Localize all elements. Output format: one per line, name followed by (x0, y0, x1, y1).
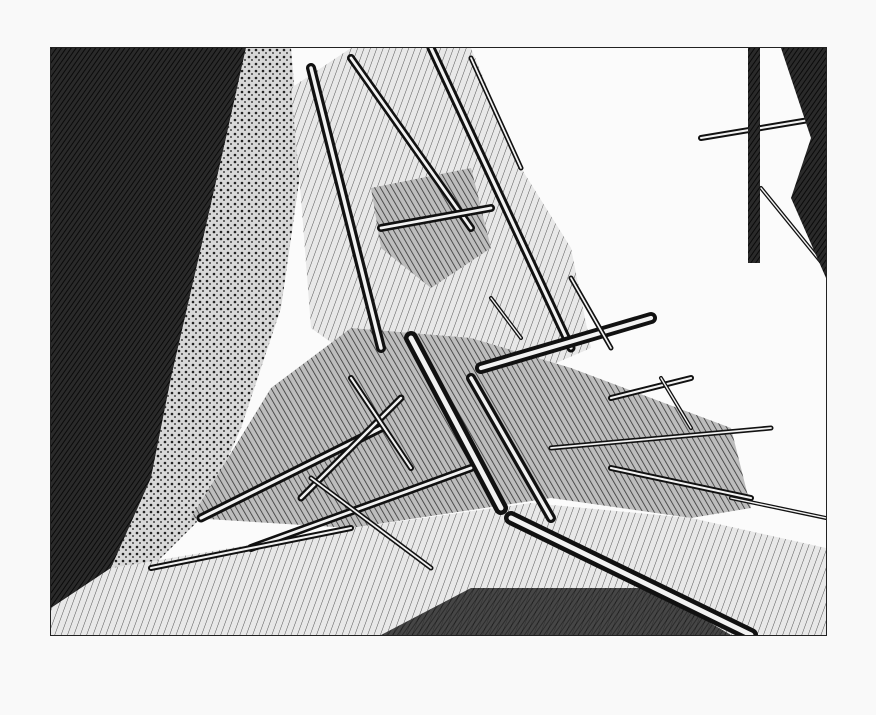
right-edge-debris (781, 48, 826, 278)
etching-plate (51, 48, 826, 635)
vertical-post (748, 48, 760, 263)
timber-highlight (701, 118, 821, 138)
debris-heap (191, 328, 751, 528)
etching-artwork (51, 48, 826, 635)
